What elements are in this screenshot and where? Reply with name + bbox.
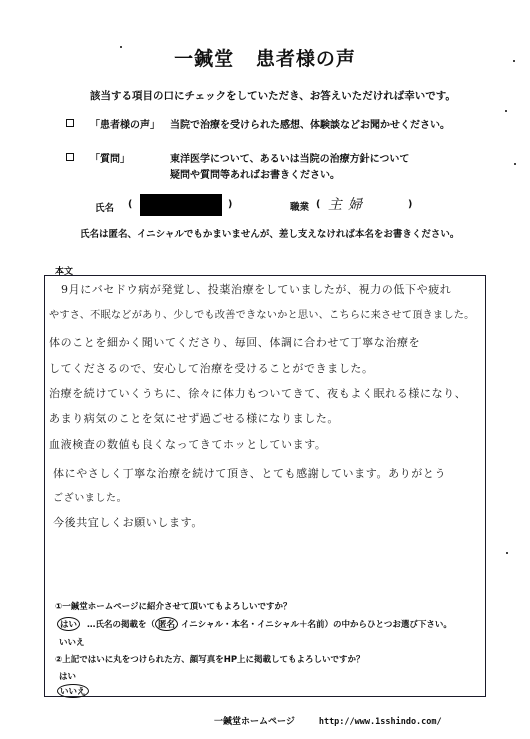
- scan-speck: [120, 46, 122, 48]
- question-2-no-wrapper: いいえ: [57, 684, 89, 698]
- checkbox-question[interactable]: [66, 153, 74, 161]
- name-label: 氏名: [95, 200, 114, 214]
- option-patient-voice-desc: 当院で治療を受けられた感想、体験談などお聞かせください。: [170, 116, 450, 131]
- option-question-desc-1: 東洋医学について、あるいは当院の治療方針について: [170, 150, 409, 165]
- sub-option-anonymous-circled[interactable]: 匿名: [155, 617, 178, 631]
- sub-option-initial-plus-name[interactable]: イニシャル＋名前: [257, 620, 325, 630]
- occupation-value[interactable]: 主婦: [328, 194, 368, 214]
- option-question[interactable]: [66, 152, 74, 163]
- question-1-options: はい …氏名の掲載を（匿名 イニシャル・本名・イニシャル＋名前）の中からひとつお…: [57, 617, 452, 631]
- scan-speck: [506, 552, 508, 554]
- body-line: 治療を続けていくうちに、徐々に体力もついてきて、夜もよく眠れる様になり、: [49, 385, 466, 401]
- scan-speck: [514, 163, 516, 165]
- option-question-label: 「質問」: [90, 150, 130, 165]
- question-1: ①一鍼堂ホームページに紹介させて頂いてもよろしいですか？: [55, 600, 292, 612]
- occupation-close-paren: ): [408, 199, 412, 210]
- body-line: 今後共宜しくお願いします。: [53, 514, 203, 530]
- name-note: 氏名は匿名、イニシャルでもかまいませんが、差し支えなければ本名をお書きください。: [80, 226, 459, 240]
- question-2-no-circled[interactable]: いいえ: [57, 684, 89, 698]
- body-line: ございました。: [53, 489, 127, 504]
- sub-option-initial[interactable]: イニシャル: [181, 620, 223, 630]
- name-field-redacted[interactable]: [140, 194, 222, 216]
- question-1-sub-prefix: …氏名の掲載を（: [87, 620, 155, 630]
- question-1-sub-suffix: ）の中からひとつお選び下さい。: [325, 620, 452, 630]
- scan-speck: [513, 60, 515, 62]
- question-1-no[interactable]: いいえ: [59, 636, 85, 648]
- instructions: 該当する項目の口にチェックをしていただき、お答えいただければ幸いです。: [90, 88, 456, 103]
- body-text-box[interactable]: 9月にバセドウ病が発覚し、投薬治療をしていましたが、視力の低下や疲れ やすさ、不…: [44, 275, 486, 697]
- form-title: 患者様の声: [256, 48, 356, 70]
- body-line: してくださるので、安心して治療を受けることができました。: [49, 360, 374, 376]
- clinic-name: 一鍼堂: [174, 48, 234, 70]
- page-title: 一鍼堂 患者様の声: [0, 44, 530, 71]
- occupation-open-paren: (: [316, 199, 320, 210]
- question-1-text: 一鍼堂ホームページに紹介させて頂いてもよろしいですか？: [62, 602, 291, 612]
- body-line: 血液検査の数値も良くなってきてホッとしています。: [49, 436, 327, 452]
- question-2: ②上記ではいに丸をつけられた方、顔写真をHP上に掲載してもよろしいですか？: [55, 653, 365, 665]
- body-line: あまり病気のことを気にせず過ごせる様になりました。: [49, 410, 339, 426]
- body-line: 9月にバセドウ病が発覚し、投薬治療をしていましたが、視力の低下や疲れ: [61, 281, 451, 297]
- question-1-yes-circled[interactable]: はい: [57, 617, 80, 631]
- body-line: 体にやさしく丁寧な治療を続けて頂き、とても感謝しています。ありがとう: [53, 465, 446, 481]
- option-question-desc-2: 疑問や質問等あればお書きください。: [170, 166, 340, 181]
- option-patient-voice[interactable]: [66, 118, 74, 129]
- sub-option-real-name[interactable]: 本名: [232, 620, 249, 630]
- name-close-paren: ): [228, 199, 232, 210]
- name-open-paren: (: [128, 199, 132, 210]
- footer: 一鍼堂ホームページhttp://www.1sshindo.com/: [214, 714, 442, 727]
- question-2-text: 上記ではいに丸をつけられた方、顔写真をHP上に掲載してもよろしいですか？: [62, 655, 364, 665]
- footer-url[interactable]: http://www.1sshindo.com/: [319, 717, 442, 727]
- option-patient-voice-label: 「患者様の声」: [90, 116, 160, 131]
- checkbox-patient-voice[interactable]: [66, 119, 74, 127]
- occupation-label: 職業: [290, 199, 309, 213]
- question-2-yes[interactable]: はい: [59, 670, 76, 682]
- scan-speck: [505, 110, 507, 112]
- footer-label: 一鍼堂ホームページ: [214, 717, 295, 727]
- body-line: やすさ、不眠などがあり、少しでも改善できないかと思い、こちらに来させて頂きました…: [49, 306, 474, 321]
- body-line: 体のことを細かく聞いてくださり、毎回、体調に合わせて丁寧な治療を: [49, 334, 420, 350]
